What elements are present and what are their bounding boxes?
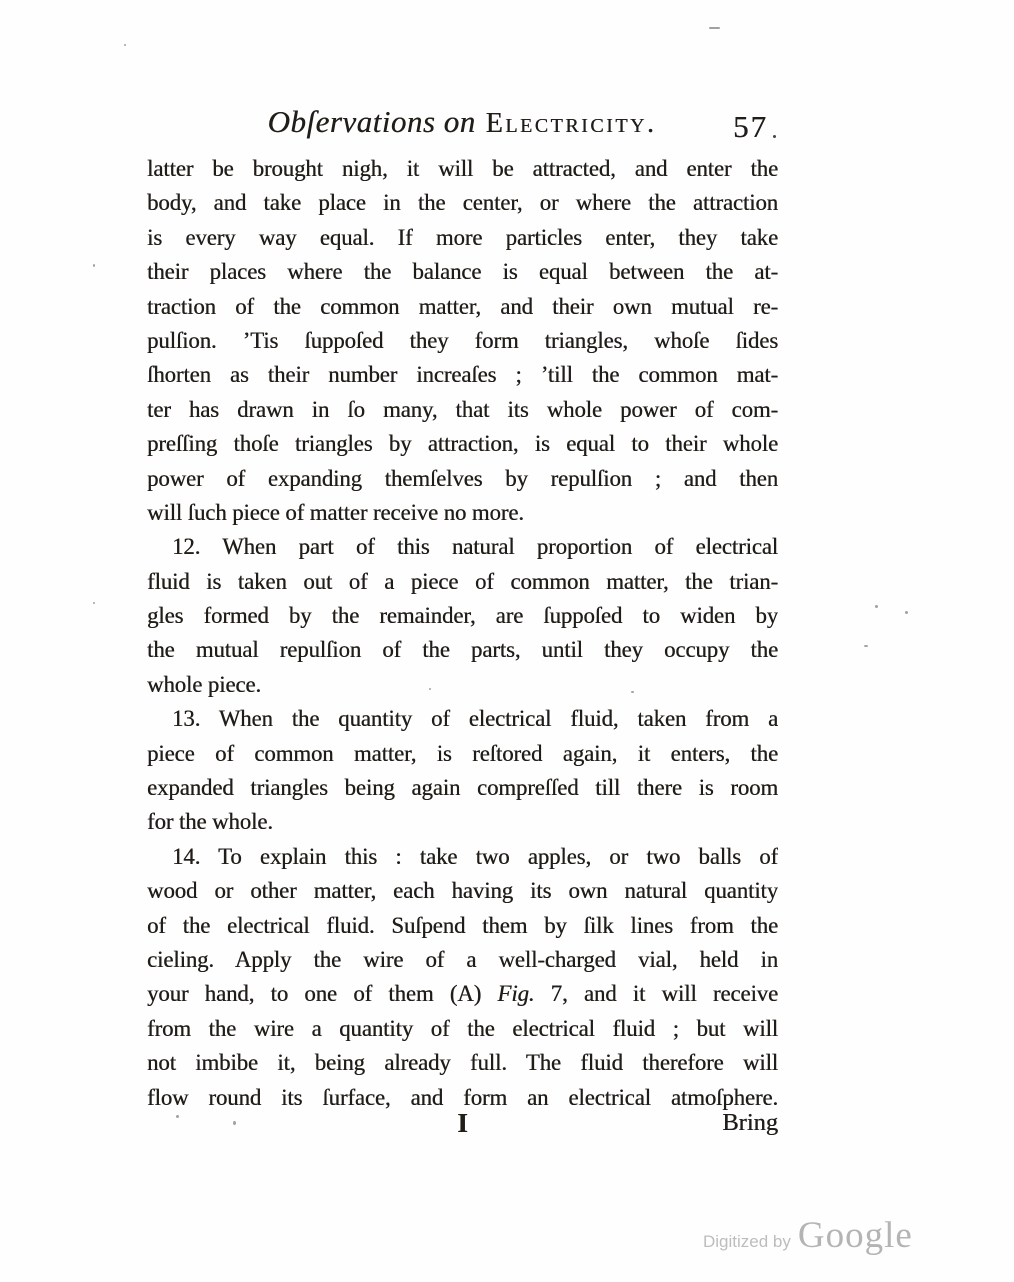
- scan-artifact: [233, 1121, 236, 1125]
- text-segment: your hand, to one of them (A): [147, 981, 497, 1006]
- text-line: their places where the balance is equal …: [147, 255, 778, 289]
- scan-artifact: [93, 264, 95, 267]
- text-line-paragraph-14-start: 14. To explain this : take two apples, o…: [147, 840, 778, 874]
- text-line-paragraph-13-start: 13. When the quantity of electrical flui…: [147, 702, 778, 736]
- text-line: latter be brought nigh, it will be attra…: [147, 152, 778, 186]
- page-number: 57: [733, 109, 768, 145]
- text-line: body, and take place in the center, or w…: [147, 186, 778, 220]
- running-head-title-caps: Electricity.: [486, 108, 657, 139]
- scan-artifact: [631, 691, 634, 693]
- text-line: of the electrical fluid. Suſpend them by…: [147, 909, 778, 943]
- text-line: power of expanding themſelves by repulſi…: [147, 462, 778, 496]
- running-head-title-italic: Obſervations on: [268, 104, 476, 139]
- text-line: expanded triangles being again compreſſe…: [147, 771, 778, 805]
- text-line-paragraph-end: whole piece.: [147, 668, 778, 702]
- signature-mark: I: [147, 1103, 778, 1143]
- scan-artifact: [93, 602, 95, 604]
- text-line: gles formed by the remainder, are ſuppoſ…: [147, 599, 778, 633]
- watermark-prefix: Digitized by: [703, 1232, 791, 1252]
- text-line: from the wire a quantity of the electric…: [147, 1012, 778, 1046]
- text-line: the mutual repulſion of the parts, until…: [147, 633, 778, 667]
- text-line-with-figure-reference: your hand, to one of them (A) Fig. 7, an…: [147, 977, 778, 1011]
- text-line: ſhorten as their number increaſes ; ’til…: [147, 358, 778, 392]
- digitized-by-google-watermark: Digitized by Google: [703, 1214, 913, 1257]
- scan-artifact: [124, 44, 126, 46]
- figure-reference: Fig.: [497, 981, 534, 1006]
- scan-artifact: [905, 611, 908, 614]
- scan-artifact: [429, 688, 431, 690]
- text-line-paragraph-12-start: 12. When part of this natural proportion…: [147, 530, 778, 564]
- text-line: fluid is taken out of a piece of common …: [147, 565, 778, 599]
- scan-artifact: [864, 645, 868, 647]
- text-line: pulſion. ’Tis ſuppoſed they form triangl…: [147, 324, 778, 358]
- text-line: piece of common matter, is reſtored agai…: [147, 737, 778, 771]
- text-line: wood or other matter, each having its ow…: [147, 874, 778, 908]
- text-line-paragraph-end: for the whole.: [147, 805, 778, 839]
- scan-artifact: [875, 605, 878, 608]
- text-segment: 7, and it will receive: [534, 981, 778, 1006]
- text-line: preſſing thoſe triangles by attraction, …: [147, 427, 778, 461]
- running-head: Obſervations on Electricity.: [147, 104, 777, 140]
- scan-artifact: [176, 1115, 179, 1118]
- text-line: cieling. Apply the wire of a well-charge…: [147, 943, 778, 977]
- scan-artifact: [709, 27, 720, 29]
- signature-line: I Bring: [147, 1103, 778, 1143]
- scanned-book-page: Obſervations on Electricity. 57 latter b…: [0, 0, 1014, 1282]
- google-logo: Google: [798, 1214, 913, 1257]
- body-text: latter be brought nigh, it will be attra…: [147, 152, 778, 1115]
- text-line: is every way equal. If more particles en…: [147, 221, 778, 255]
- text-line: ter has drawn in ſo many, that its whole…: [147, 393, 778, 427]
- catchword: Bring: [722, 1103, 778, 1143]
- page-number-dot: [773, 135, 776, 138]
- text-line: traction of the common matter, and their…: [147, 290, 778, 324]
- text-line: not imbibe it, being already full. The f…: [147, 1046, 778, 1080]
- text-line-paragraph-end: will ſuch piece of matter receive no mor…: [147, 496, 778, 530]
